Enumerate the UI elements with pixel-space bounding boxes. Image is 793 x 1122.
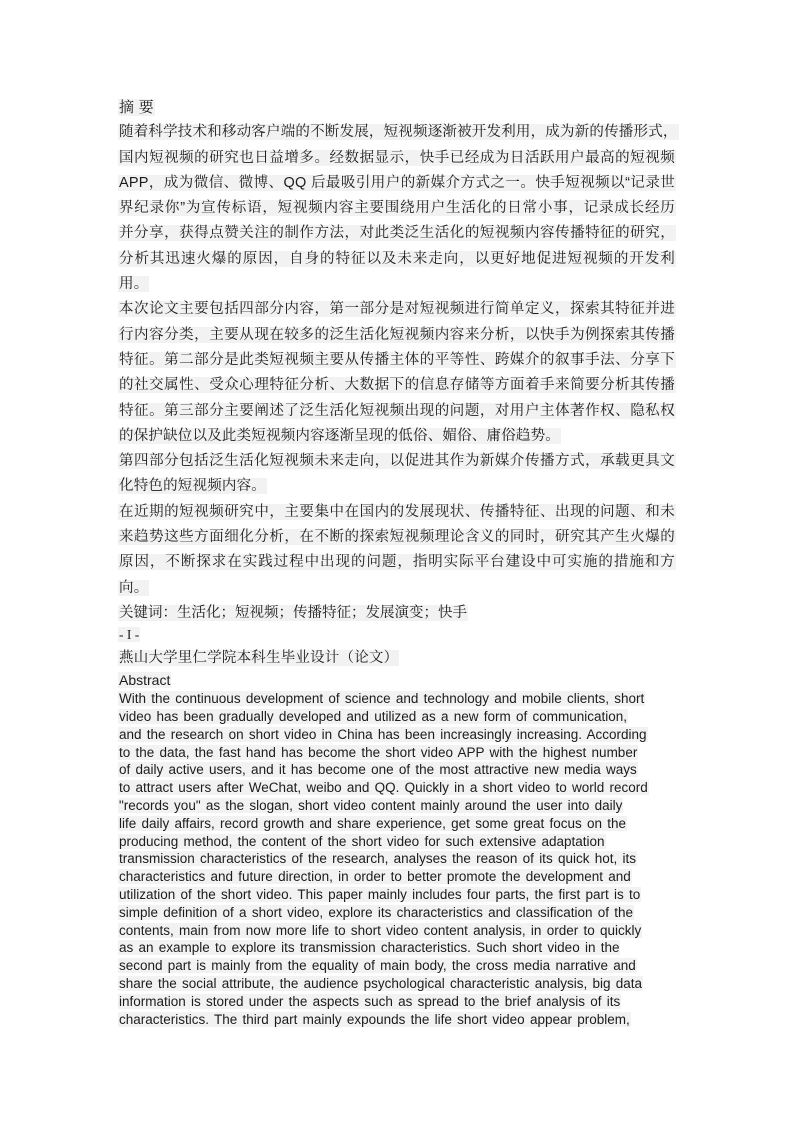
institution-header-text: 燕山大学里仁学院本科生毕业设计（论文） xyxy=(118,650,399,666)
text-line: 在近期的短视频研究中，主要集中在国内的发展现状、传播特征、出现的问题、和未 xyxy=(118,500,676,525)
text-line-content: life daily affairs, record growth and sh… xyxy=(118,816,627,831)
text-line: producing method, the content of the sho… xyxy=(118,833,678,851)
zh-paragraph-4: 在近期的短视频研究中，主要集中在国内的发展现状、传播特征、出现的问题、和未来趋势… xyxy=(118,500,678,601)
text-line-content: 的社交属性、受众心理特征分析、大数据下的信息存储等方面着手来简要分析其传播 xyxy=(118,377,676,393)
text-line-content: 随着科学技术和移动客户端的不断发展，短视频逐渐被开发利用，成为新的传播形式， xyxy=(118,124,679,140)
zh-paragraph-3: 第四部分包括泛生活化短视频未来走向，以促进其作为新媒介传播方式，承载更具文化特色… xyxy=(118,449,678,500)
text-line: video has been gradually developed and u… xyxy=(118,708,678,726)
text-line: 界纪录你”为宣传标语，短视频内容主要围绕用户生活化的日常小事，记录成长经历 xyxy=(118,196,676,221)
text-line-content: characteristics. The third part mainly e… xyxy=(118,1012,631,1027)
text-line: share the social attribute, the audience… xyxy=(118,975,678,993)
text-line: 国内短视频的研究也日益增多。经数据显示，快手已经成为日活跃用户最高的短视频 xyxy=(118,146,676,171)
text-line: "records you" as the slogan, short video… xyxy=(118,797,678,815)
text-line-content: With the continuous development of scien… xyxy=(118,691,645,706)
text-line: 本次论文主要包括四部分内容，第一部分是对短视频进行简单定义，探索其特征并进 xyxy=(118,297,676,322)
text-line: as an example to explore its transmissio… xyxy=(118,939,678,957)
zh-paragraph-2: 本次论文主要包括四部分内容，第一部分是对短视频进行简单定义，探索其特征并进行内容… xyxy=(118,297,678,449)
institution-header: 燕山大学里仁学院本科生毕业设计（论文） xyxy=(118,645,678,671)
text-line-content: 向。 xyxy=(118,580,149,596)
text-line-content: 的保护缺位以及此类短视频内容逐渐呈现的低俗、媚俗、庸俗趋势。 xyxy=(118,428,561,444)
abstract-heading-en: Abstract xyxy=(118,671,678,690)
zh-paragraph-1: 随着科学技术和移动客户端的不断发展，短视频逐渐被开发利用，成为新的传播形式，国内… xyxy=(118,120,678,297)
text-line: 用。 xyxy=(118,272,678,297)
text-line: 化特色的短视频内容。 xyxy=(118,474,678,499)
text-line-content: 本次论文主要包括四部分内容，第一部分是对短视频进行简单定义，探索其特征并进 xyxy=(118,301,676,317)
abstract-heading-text: Abstract xyxy=(118,672,171,688)
text-line-content: share the social attribute, the audience… xyxy=(118,976,643,991)
text-line: 行内容分类，主要从现在较多的泛生活化短视频内容来分析，以快手为例探索其传播 xyxy=(118,323,676,348)
keywords-line: 关键词：生活化；短视频；传播特征；发展演变；快手 xyxy=(118,601,678,626)
text-line-content: 特征。第二部分是此类短视频主要从传播主体的平等性、跨媒介的叙事手法、分享下 xyxy=(118,352,676,368)
text-line-content: 化特色的短视频内容。 xyxy=(118,478,267,494)
text-line-content: to the data, the fast hand has become th… xyxy=(118,745,638,760)
text-line-content: of daily active users, and it has become… xyxy=(118,762,638,777)
text-line: simple definition of a short video, expl… xyxy=(118,904,678,922)
text-line-content: as an example to explore its transmissio… xyxy=(118,940,620,955)
text-line: 特征。第三部分主要阐述了泛生活化短视频出现的问题，对用户主体著作权、隐私权 xyxy=(118,399,676,424)
text-line: APP，成为微信、微博、QQ 后最吸引用户的新媒介方式之一。快手短视频以“记录世 xyxy=(118,171,676,196)
text-line: 随着科学技术和移动客户端的不断发展，短视频逐渐被开发利用，成为新的传播形式， xyxy=(118,120,676,145)
text-line: and the research on short video in China… xyxy=(118,726,678,744)
text-line: second part is mainly from the equality … xyxy=(118,957,678,975)
text-line-content: information is stored under the aspects … xyxy=(118,994,621,1009)
text-line-content: 在近期的短视频研究中，主要集中在国内的发展现状、传播特征、出现的问题、和未 xyxy=(118,504,676,520)
text-line-content: contents, main from now more life to sho… xyxy=(118,923,642,938)
text-line-content: 分析其迅速火爆的原因，自身的特征以及未来走向，以更好地促进短视频的开发利 xyxy=(118,251,676,267)
abstract-title-zh: 摘 要 xyxy=(118,95,678,120)
text-line: 特征。第二部分是此类短视频主要从传播主体的平等性、跨媒介的叙事手法、分享下 xyxy=(118,348,676,373)
text-line-content: APP，成为微信、微博、QQ 后最吸引用户的新媒介方式之一。快手短视频以“记录世 xyxy=(118,175,676,191)
text-line-content: to attract users after WeChat, weibo and… xyxy=(118,780,649,795)
text-line-content: simple definition of a short video, expl… xyxy=(118,905,634,920)
text-line: characteristics and future direction, in… xyxy=(118,868,678,886)
text-line: 来趋势这些方面细化分析，在不断的探索短视频理论含义的同时，研究其产生火爆的 xyxy=(118,525,676,550)
text-line: 原因，不断探求在实践过程中出现的问题，指明实际平台建设中可实施的措施和方 xyxy=(118,550,676,575)
text-line: 第四部分包括泛生活化短视频未来走向，以促进其作为新媒介传播方式，承载更具文 xyxy=(118,449,676,474)
text-line-content: 行内容分类，主要从现在较多的泛生活化短视频内容来分析，以快手为例探索其传播 xyxy=(118,327,676,343)
text-line-content: 界纪录你”为宣传标语，短视频内容主要围绕用户生活化的日常小事，记录成长经历 xyxy=(118,200,676,216)
text-line: transmission characteristics of the rese… xyxy=(118,850,678,868)
text-line: contents, main from now more life to sho… xyxy=(118,922,678,940)
text-line-content: second part is mainly from the equality … xyxy=(118,958,637,973)
text-line-content: characteristics and future direction, in… xyxy=(118,869,632,884)
text-line-content: 国内短视频的研究也日益增多。经数据显示，快手已经成为日活跃用户最高的短视频 xyxy=(118,150,676,166)
text-line: 分析其迅速火爆的原因，自身的特征以及未来走向，以更好地促进短视频的开发利 xyxy=(118,247,676,272)
text-line-content: 特征。第三部分主要阐述了泛生活化短视频出现的问题，对用户主体著作权、隐私权 xyxy=(118,403,676,419)
abstract-title-text: 摘 要 xyxy=(118,99,155,116)
page-number: - I - xyxy=(118,628,678,642)
text-line-content: 用。 xyxy=(118,276,149,292)
text-line: With the continuous development of scien… xyxy=(118,690,678,708)
text-line-content: 第四部分包括泛生活化短视频未来走向，以促进其作为新媒介传播方式，承载更具文 xyxy=(118,453,676,469)
text-line: utilization of the short video. This pap… xyxy=(118,886,678,904)
text-line-content: "records you" as the slogan, short video… xyxy=(118,798,623,813)
text-line: 向。 xyxy=(118,576,678,601)
document-page: 摘 要 随着科学技术和移动客户端的不断发展，短视频逐渐被开发利用，成为新的传播形… xyxy=(0,0,793,1122)
text-line-content: utilization of the short video. This pap… xyxy=(118,887,641,902)
text-line-content: 原因，不断探求在实践过程中出现的问题，指明实际平台建设中可实施的措施和方 xyxy=(118,554,676,570)
page-number-text: - I - xyxy=(118,627,140,642)
text-line-content: and the research on short video in China… xyxy=(118,727,648,742)
text-line-content: 来趋势这些方面细化分析，在不断的探索短视频理论含义的同时，研究其产生火爆的 xyxy=(118,529,676,545)
text-line: 并分享，获得点赞关注的制作方法，对此类泛生活化的短视频内容传播特征的研究， xyxy=(118,221,676,246)
text-line: 的保护缺位以及此类短视频内容逐渐呈现的低俗、媚俗、庸俗趋势。 xyxy=(118,424,678,449)
en-abstract-paragraph: With the continuous development of scien… xyxy=(118,690,678,1028)
text-line-content: video has been gradually developed and u… xyxy=(118,709,628,724)
text-line: of daily active users, and it has become… xyxy=(118,761,678,779)
text-line-content: 并分享，获得点赞关注的制作方法，对此类泛生活化的短视频内容传播特征的研究， xyxy=(118,225,676,241)
text-line: information is stored under the aspects … xyxy=(118,993,678,1011)
text-line: characteristics. The third part mainly e… xyxy=(118,1011,678,1029)
text-line: 的社交属性、受众心理特征分析、大数据下的信息存储等方面着手来简要分析其传播 xyxy=(118,373,676,398)
text-line: to the data, the fast hand has become th… xyxy=(118,744,678,762)
text-line: life daily affairs, record growth and sh… xyxy=(118,815,678,833)
keywords-text: 关键词：生活化；短视频；传播特征；发展演变；快手 xyxy=(118,605,468,621)
text-line: to attract users after WeChat, weibo and… xyxy=(118,779,678,797)
abstract-page-content: 摘 要 随着科学技术和移动客户端的不断发展，短视频逐渐被开发利用，成为新的传播形… xyxy=(118,95,678,1028)
text-line-content: producing method, the content of the sho… xyxy=(118,834,606,849)
text-line-content: transmission characteristics of the rese… xyxy=(118,851,637,866)
